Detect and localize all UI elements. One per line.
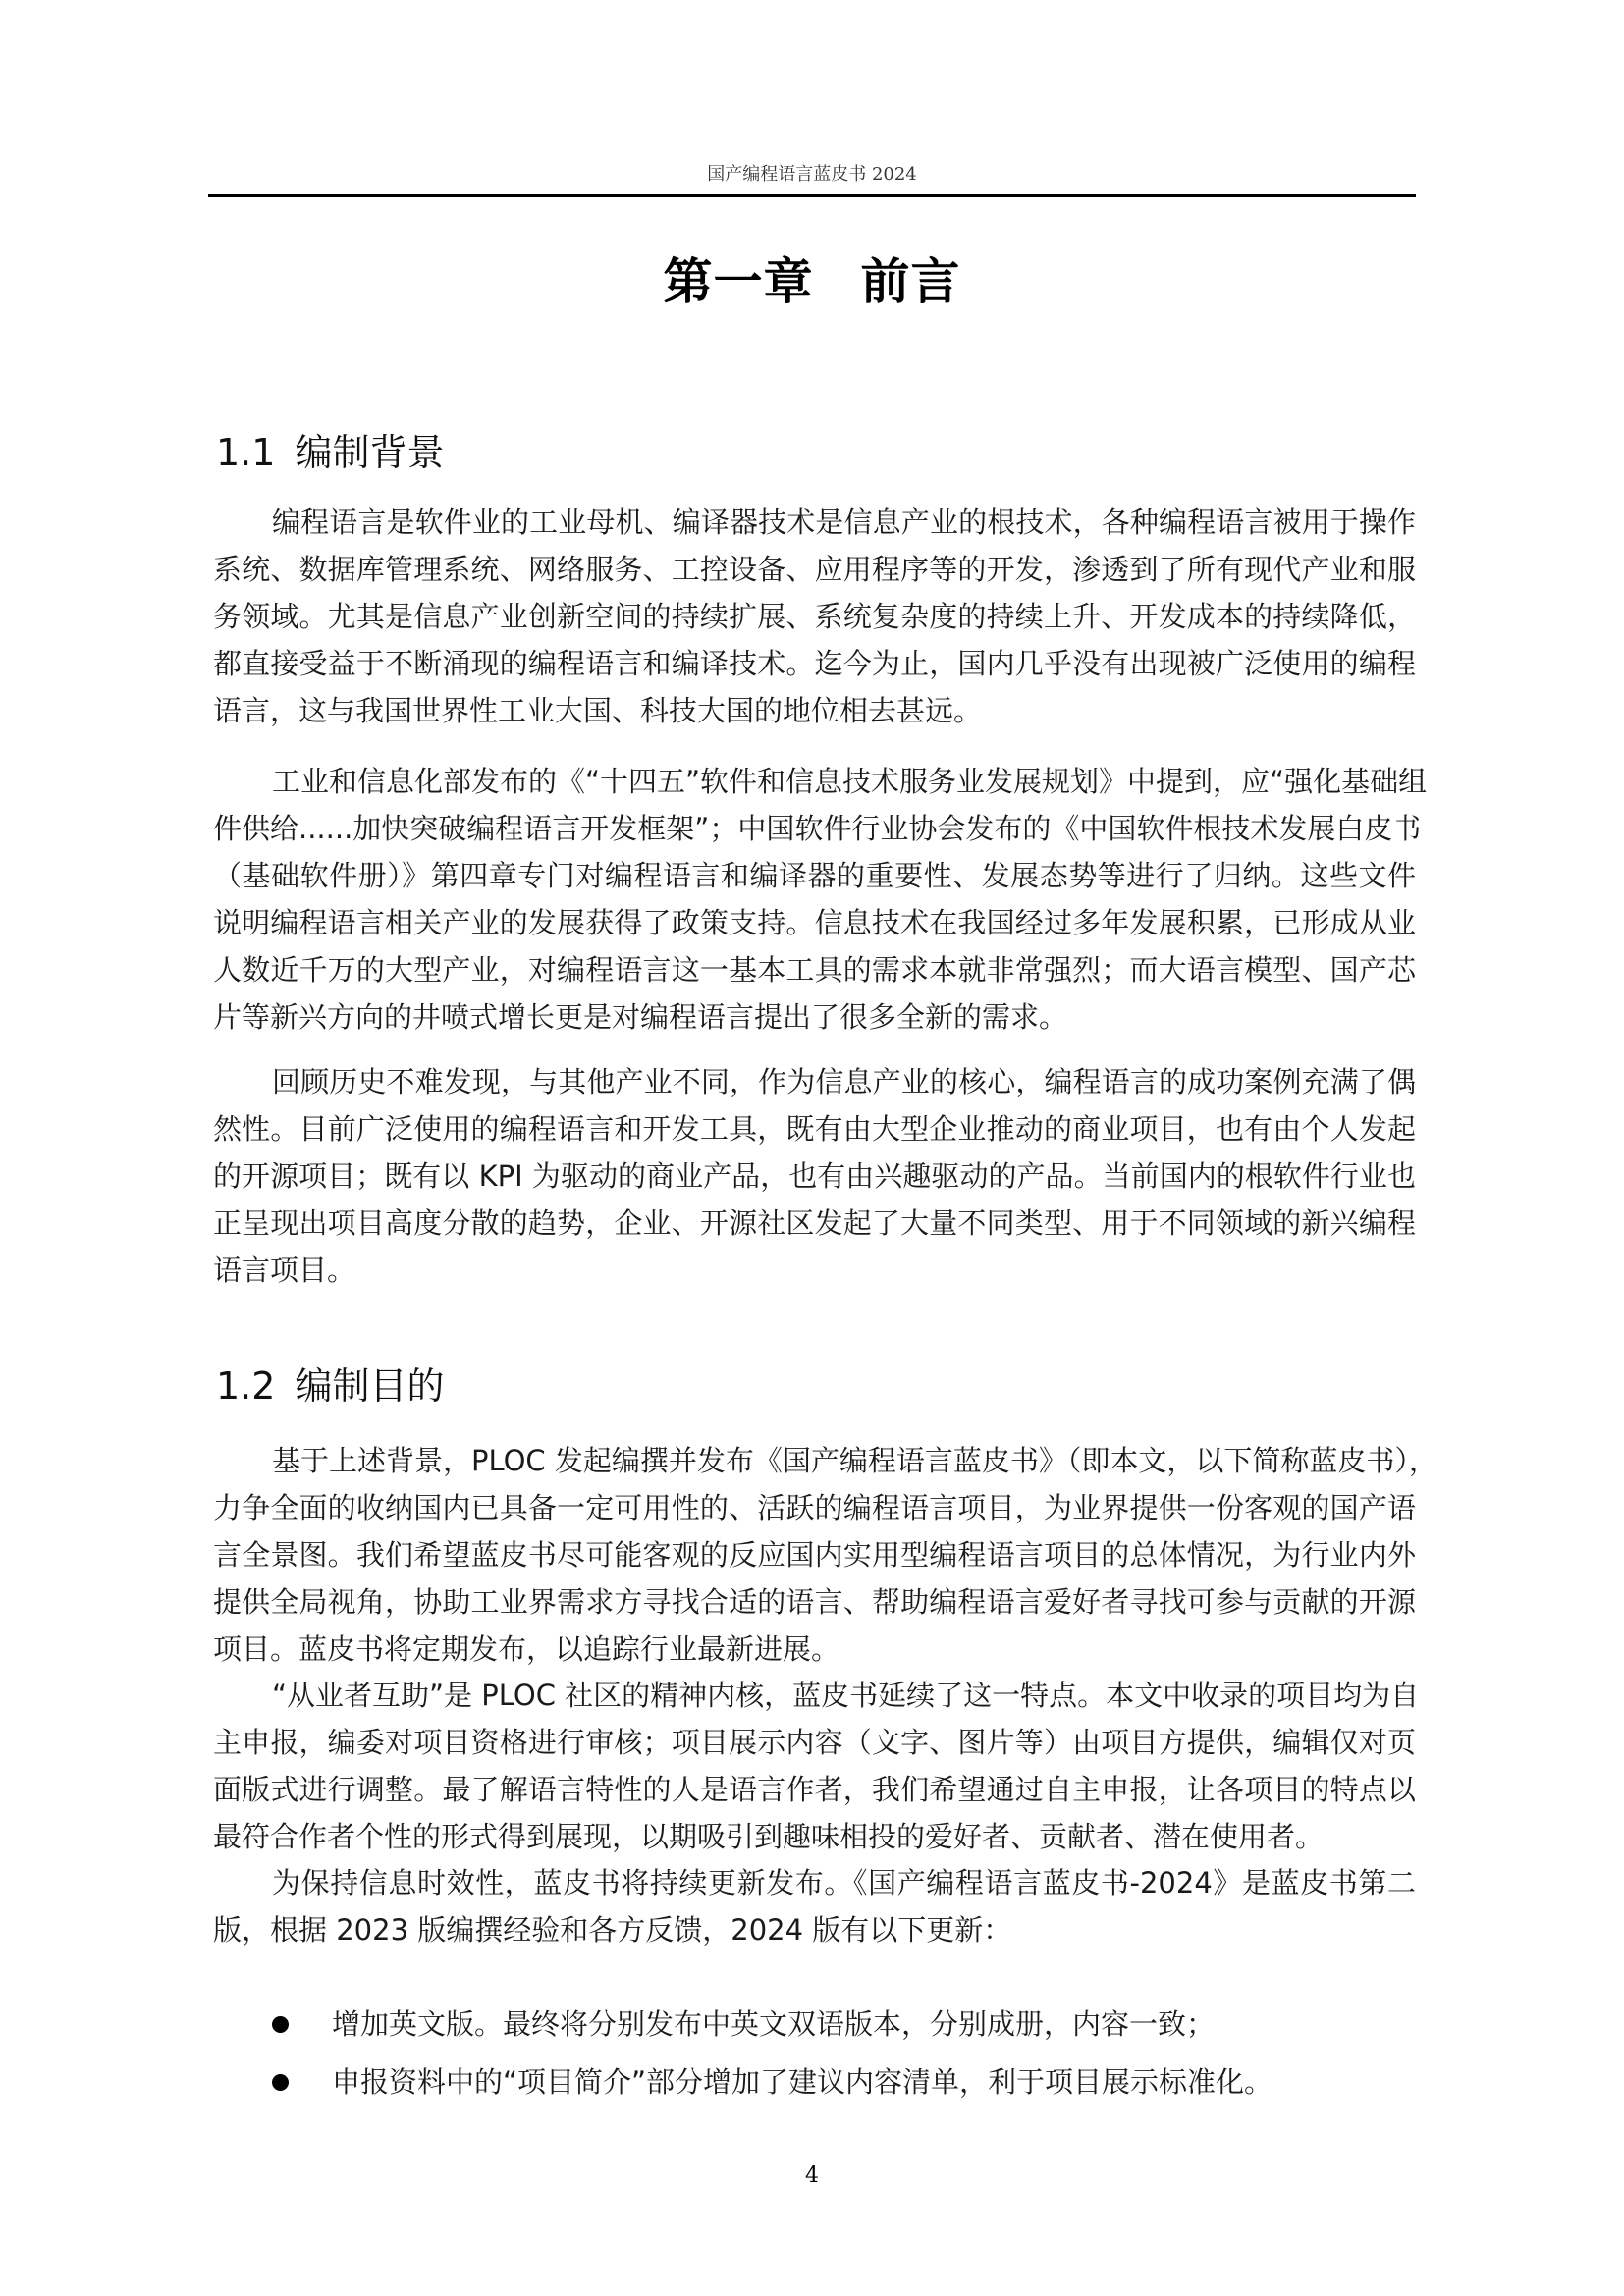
section-number: 1.1: [216, 431, 275, 474]
paragraph: 工业和信息化部发布的《“十四五”软件和信息技术服务业发展规划》中提到，应“强化基…: [213, 758, 1416, 1041]
paragraph-line: 系统、数据库管理系统、网络服务、工控设备、应用程序等的开发，渗透到了所有现代产业…: [213, 546, 1416, 593]
paragraph-line: 都直接受益于不断涌现的编程语言和编译技术。迄今为止，国内几乎没有出现被广泛使用的…: [213, 640, 1416, 687]
paragraph: 基于上述背景，PLOC 发起编撰并发布《国产编程语言蓝皮书》（即本文，以下简称蓝…: [213, 1437, 1416, 1673]
paragraph-line: 件供给......加快突破编程语言开发框架”；中国软件行业协会发布的《中国软件根…: [213, 805, 1416, 852]
paragraph-line: 编程语言是软件业的工业母机、编译器技术是信息产业的根技术，各种编程语言被用于操作: [213, 499, 1416, 546]
paragraph: 回顾历史不难发现，与其他产业不同，作为信息产业的核心，编程语言的成功案例充满了偶…: [213, 1058, 1416, 1294]
section-title: 编制目的: [295, 1364, 444, 1408]
paragraph-line: 务领域。尤其是信息产业创新空间的持续扩展、系统复杂度的持续上升、开发成本的持续降…: [213, 593, 1416, 640]
paragraph-line: 语言，这与我国世界性工业大国、科技大国的地位相去甚远。: [213, 687, 1416, 734]
paragraph-line: 说明编程语言相关产业的发展获得了政策支持。信息技术在我国经过多年发展积累，已形成…: [213, 899, 1416, 946]
paragraph-line: “从业者互助”是 PLOC 社区的精神内核，蓝皮书延续了这一特点。本文中收录的项…: [213, 1672, 1416, 1719]
paragraph-line: 最符合作者个性的形式得到展现，以期吸引到趣味相投的爱好者、贡献者、潜在使用者。: [213, 1813, 1416, 1860]
document-page: 国产编程语言蓝皮书 2024 第一章前言 1.1编制背景 编程语言是软件业的工业…: [0, 0, 1624, 2296]
paragraph-line: 言全景图。我们希望蓝皮书尽可能客观的反应国内实用型编程语言项目的总体情况，为行业…: [213, 1531, 1416, 1578]
paragraph-line: 为保持信息时效性，蓝皮书将持续更新发布。《国产编程语言蓝皮书-2024》是蓝皮书…: [213, 1859, 1416, 1906]
page-number: 4: [0, 2162, 1624, 2191]
paragraph: 编程语言是软件业的工业母机、编译器技术是信息产业的根技术，各种编程语言被用于操作…: [213, 499, 1416, 734]
section-heading-1-2: 1.2编制目的: [216, 1362, 444, 1410]
chapter-title: 第一章前言: [208, 250, 1416, 313]
paragraph-line: 项目。蓝皮书将定期发布，以追踪行业最新进展。: [213, 1626, 1416, 1673]
chapter-number: 第一章: [664, 253, 814, 310]
paragraph-line: 的开源项目；既有以 KPI 为驱动的商业产品，也有由兴趣驱动的产品。当前国内的根…: [213, 1152, 1416, 1200]
bullet-dot-icon: [272, 2016, 289, 2033]
section-number: 1.2: [216, 1364, 275, 1408]
chapter-name: 前言: [861, 253, 961, 310]
paragraph-line: 版，根据 2023 版编撰经验和各方反馈，2024 版有以下更新：: [213, 1906, 1416, 1953]
section-title: 编制背景: [295, 431, 444, 474]
paragraph-line: 力争全面的收纳国内已具备一定可用性的、活跃的编程语言项目，为业界提供一份客观的国…: [213, 1484, 1416, 1531]
paragraph-line: 主申报，编委对项目资格进行审核；项目展示内容（文字、图片等）由项目方提供，编辑仅…: [213, 1719, 1416, 1766]
section-heading-1-1: 1.1编制背景: [216, 429, 444, 476]
bullet-dot-icon: [272, 2074, 289, 2091]
paragraph-line: （基础软件册）》第四章专门对编程语言和编译器的重要性、发展态势等进行了归纳。这些…: [213, 852, 1416, 899]
paragraph-line: 面版式进行调整。最了解语言特性的人是语言作者，我们希望通过自主申报，让各项目的特…: [213, 1766, 1416, 1813]
bullet-text: 申报资料中的“项目简介”部分增加了建议内容清单，利于项目展示标准化。: [332, 2058, 1272, 2106]
paragraph: 为保持信息时效性，蓝皮书将持续更新发布。《国产编程语言蓝皮书-2024》是蓝皮书…: [213, 1859, 1416, 1953]
paragraph-line: 片等新兴方向的井喷式增长更是对编程语言提出了很多全新的需求。: [213, 993, 1416, 1041]
header-rule: [208, 194, 1416, 197]
paragraph-line: 回顾历史不难发现，与其他产业不同，作为信息产业的核心，编程语言的成功案例充满了偶: [213, 1058, 1416, 1105]
paragraph-line: 基于上述背景，PLOC 发起编撰并发布《国产编程语言蓝皮书》（即本文，以下简称蓝…: [213, 1437, 1416, 1484]
bullet-text: 增加英文版。最终将分别发布中英文双语版本，分别成册，内容一致；: [332, 2001, 1215, 2048]
paragraph-line: 提供全局视角，协助工业界需求方寻找合适的语言、帮助编程语言爱好者寻找可参与贡献的…: [213, 1578, 1416, 1626]
running-header: 国产编程语言蓝皮书 2024: [208, 163, 1416, 187]
paragraph-line: 工业和信息化部发布的《“十四五”软件和信息技术服务业发展规划》中提到，应“强化基…: [213, 758, 1416, 805]
paragraph-line: 人数近千万的大型产业，对编程语言这一基本工具的需求本就非常强烈；而大语言模型、国…: [213, 946, 1416, 993]
paragraph: “从业者互助”是 PLOC 社区的精神内核，蓝皮书延续了这一特点。本文中收录的项…: [213, 1672, 1416, 1860]
paragraph-line: 然性。目前广泛使用的编程语言和开发工具，既有由大型企业推动的商业项目，也有由个人…: [213, 1105, 1416, 1152]
paragraph-line: 正呈现出项目高度分散的趋势，企业、开源社区发起了大量不同类型、用于不同领域的新兴…: [213, 1200, 1416, 1247]
paragraph-line: 语言项目。: [213, 1247, 1416, 1294]
